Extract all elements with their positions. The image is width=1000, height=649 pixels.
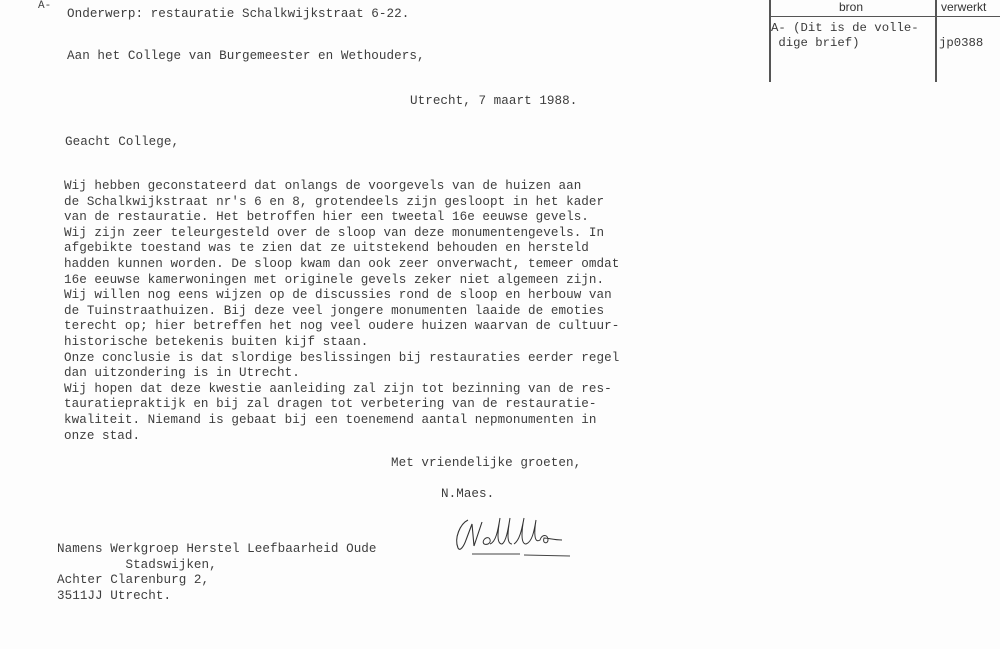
body-line: van de restauratie. Het betroffen hier e… [64, 210, 619, 226]
handwritten-signature [450, 510, 575, 560]
sender-line: 3511JJ Utrecht. [57, 589, 377, 605]
body-line: de Schalkwijkstraat nr's 6 en 8, grotend… [64, 195, 619, 211]
body-line: dan uitzondering is in Utrecht. [64, 366, 619, 382]
body-line: kwaliteit. Niemand is gebaat bij een toe… [64, 413, 619, 429]
margin-marker: A- [38, 0, 51, 12]
body-line: Wij hebben geconstateerd dat onlangs de … [64, 179, 619, 195]
sender-line: Achter Clarenburg 2, [57, 573, 377, 589]
table-divider [935, 0, 937, 82]
salutation: Geacht College, [65, 135, 179, 151]
cell-verwerkt: jp0388 [939, 36, 983, 51]
body-line: Wij willen nog eens wijzen op de discuss… [64, 288, 619, 304]
body-line: hadden kunnen worden. De sloop kwam dan … [64, 257, 619, 273]
header-verwerkt: verwerkt [941, 0, 986, 14]
sender-line: Namens Werkgroep Herstel Leefbaarheid Ou… [57, 542, 377, 558]
sender-address: Namens Werkgroep Herstel Leefbaarheid Ou… [57, 542, 377, 604]
letter-body: Wij hebben geconstateerd dat onlangs de … [64, 179, 619, 444]
body-line: de Tuinstraathuizen. Bij deze veel jonge… [64, 304, 619, 320]
body-line: afgebikte toestand was te zien dat ze ui… [64, 241, 619, 257]
sender-line: Stadswijken, [57, 558, 377, 574]
body-line: historische betekenis buiten kijf staan. [64, 335, 619, 351]
body-line: tauratiepraktijk en bij zal dragen tot v… [64, 397, 619, 413]
body-line: Wij hopen dat deze kwestie aanleiding za… [64, 382, 619, 398]
date-line: Utrecht, 7 maart 1988. [410, 94, 577, 110]
subject-line: Onderwerp: restauratie Schalkwijkstraat … [67, 7, 409, 23]
body-line: Wij zijn zeer teleurgesteld over de sloo… [64, 226, 619, 242]
closing: Met vriendelijke groeten, [391, 456, 581, 472]
source-table: bron verwerkt A- (Dit is de volle- dige … [769, 0, 1000, 82]
signer-name: N.Maes. [441, 487, 494, 503]
body-line: onze stad. [64, 429, 619, 445]
addressee: Aan het College van Burgemeester en Weth… [67, 49, 425, 65]
table-header-rule [769, 16, 1000, 17]
header-bron: bron [839, 0, 863, 14]
cell-bron: A- (Dit is de volle- dige brief) [771, 21, 919, 51]
body-line: terecht op; hier betreffen het nog veel … [64, 319, 619, 335]
body-line: 16e eeuwse kamerwoningen met originele g… [64, 273, 619, 289]
body-line: Onze conclusie is dat slordige beslissin… [64, 351, 619, 367]
